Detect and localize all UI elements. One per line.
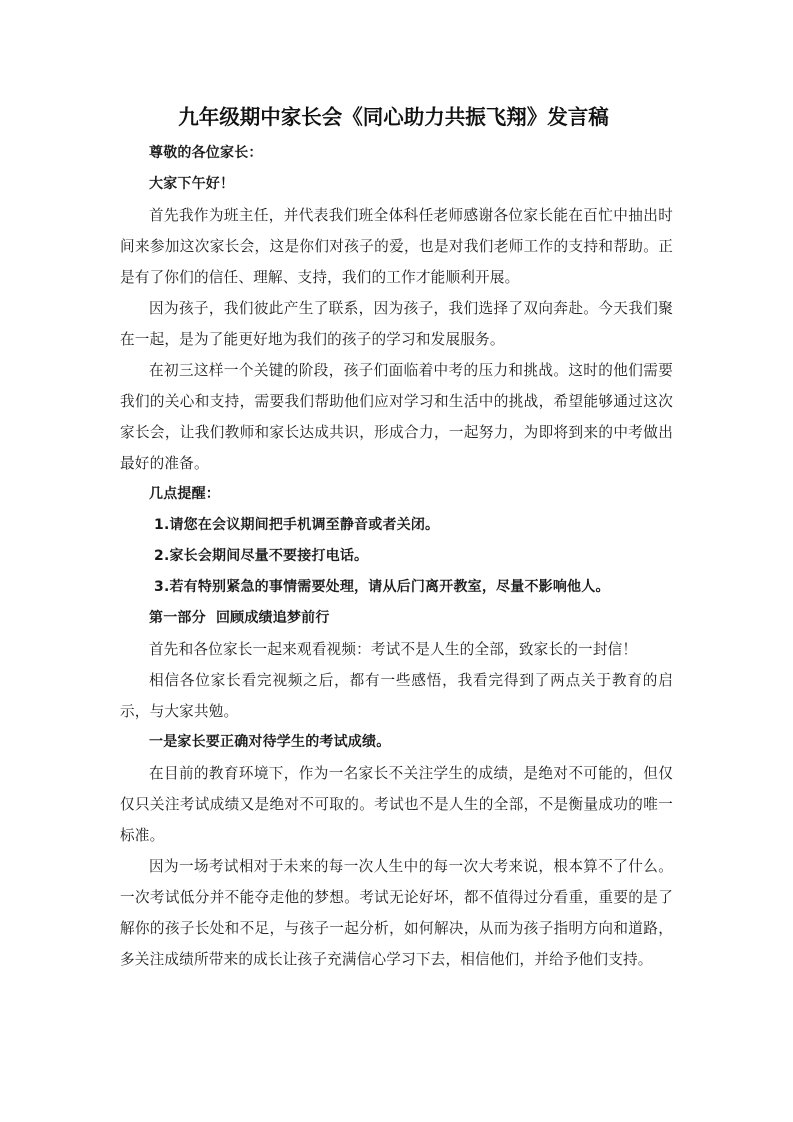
reminders-heading: 几点提醒： [120,479,673,510]
point1-heading: 一是家长要正确对待学生的考试成绩。 [120,727,673,758]
reminder-item: 3.若有特别紧急的事情需要处理，请从后门离开教室，尽量不影响他人。 [120,572,673,603]
paragraph-insights: 相信各位家长看完视频之后，都有一些感悟，我看完得到了两点关于教育的启示，与大家共… [120,665,673,727]
section-heading-part1: 第一部分 回顾成绩追梦前行 [120,603,673,634]
paragraph-thanks: 首先我作为班主任，并代表我们班全体科任老师感谢各位家长能在百忙中抽出时间来参加这… [120,200,673,293]
document-page: 九年级期中家长会《同心助力共振飞翔》发言稿 尊敬的各位家长： 大家下午好！ 首先… [120,100,673,975]
reminder-item: 1.请您在会议期间把手机调至静音或者关闭。 [120,510,673,541]
greeting: 大家下午好！ [120,169,673,200]
reminder-item: 2.家长会期间尽量不要接打电话。 [120,541,673,572]
paragraph-exam-stage: 在初三这样一个关键的阶段，孩子们面临着中考的压力和挑战。这时的他们需要我们的关心… [120,355,673,479]
paragraph-grades: 在目前的教育环境下，作为一名家长不关注学生的成绩，是绝对不可能的，但仅仅只关注考… [120,758,673,851]
paragraph-connection: 因为孩子，我们彼此产生了联系，因为孩子，我们选择了双向奔赴。今天我们聚在一起，是… [120,293,673,355]
document-title: 九年级期中家长会《同心助力共振飞翔》发言稿 [114,100,673,134]
paragraph-one-exam: 因为一场考试相对于未来的每一次人生中的每一次大考来说，根本算不了什么。一次考试低… [120,851,673,975]
paragraph-video: 首先和各位家长一起来观看视频：考试不是人生的全部，致家长的一封信！ [120,634,673,665]
salutation: 尊敬的各位家长： [120,138,673,169]
